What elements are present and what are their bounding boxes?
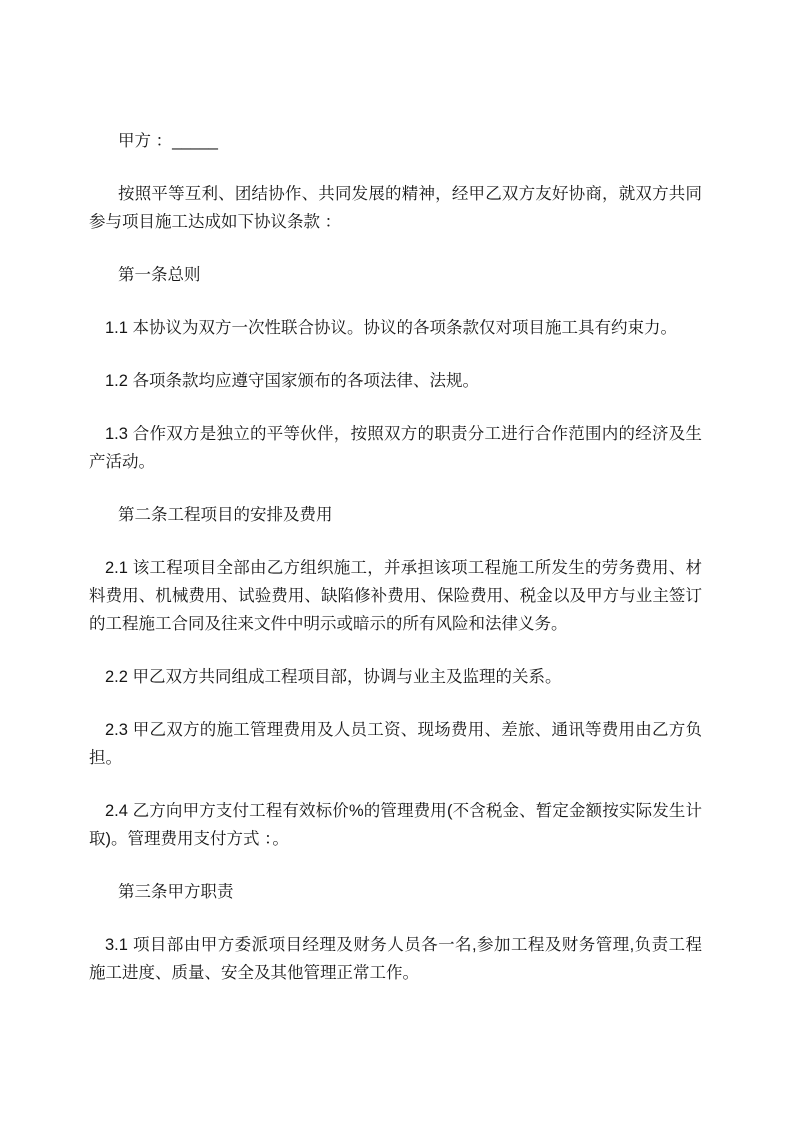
document-page: 甲方 ：_____按照平等互利、团结协作、共同发展的精神，经甲乙双方友好协商，就… bbox=[0, 0, 793, 1122]
clause-1-2: 1.2 各项条款均应遵守国家颁布的各项法律、法规。 bbox=[89, 367, 702, 395]
clause-2-1: 2.1 该工程项目全部由乙方组织施工，并承担该项工程施工所发生的劳务费用、材料费… bbox=[89, 554, 702, 638]
preamble: 按照平等互利、团结协作、共同发展的精神，经甲乙双方友好协商，就双方共同参与项目施… bbox=[89, 180, 702, 236]
clause-2-2: 2.2 甲乙双方共同组成工程项目部，协调与业主及监理的关系。 bbox=[89, 663, 702, 691]
clause-1-3: 1.3 合作双方是独立的平等伙伴，按照双方的职责分工进行合作范围内的经济及生产活… bbox=[89, 420, 702, 476]
section-1-heading: 第一条总则 bbox=[89, 261, 702, 289]
clause-2-3: 2.3 甲乙双方的施工管理费用及人员工资、现场费用、差旅、通讯等费用由乙方负担。 bbox=[89, 716, 702, 772]
document-content: 甲方 ：_____按照平等互利、团结协作、共同发展的精神，经甲乙双方友好协商，就… bbox=[89, 127, 702, 1012]
clause-1-1: 1.1 本协议为双方一次性联合协议。协议的各项条款仅对项目施工具有约束力。 bbox=[89, 314, 702, 342]
section-2-heading: 第二条工程项目的安排及费用 bbox=[89, 501, 702, 529]
clause-3-1: 3.1 项目部由甲方委派项目经理及财务人员各一名,参加工程及财务管理,负责工程施… bbox=[89, 931, 702, 987]
section-3-heading: 第三条甲方职责 bbox=[89, 878, 702, 906]
party-a-field: 甲方 ：_____ bbox=[89, 127, 702, 155]
clause-2-4: 2.4 乙方向甲方支付工程有效标价%的管理费用(不含税金、暂定金额按实际发生计取… bbox=[89, 797, 702, 853]
